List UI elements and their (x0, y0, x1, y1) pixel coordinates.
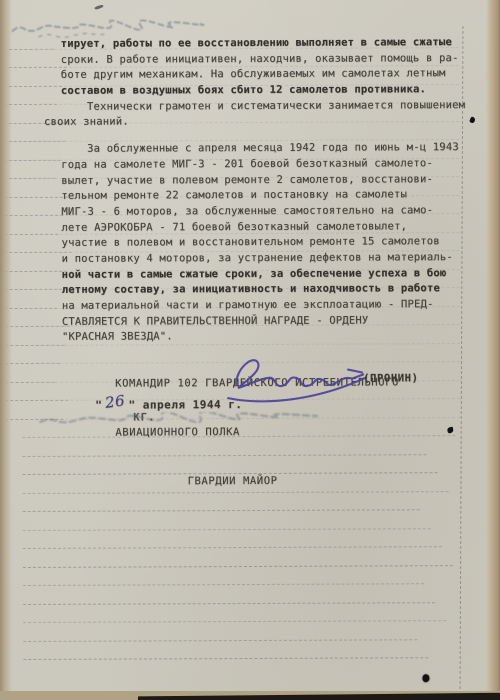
ink-bleed-through-line (38, 412, 338, 429)
typed-line: летному составу, за инициативность и нах… (62, 281, 454, 298)
surname-typed: (ПРОНИН) (363, 372, 418, 384)
page-edge-left (0, 0, 12, 700)
ruled-line (23, 583, 424, 586)
typed-text-block: тирует, работы по ее восстановлению выпо… (61, 35, 454, 346)
typed-line: боте другим механикам. На обслуживаемых … (61, 66, 453, 83)
underlying-page-edge-right (486, 0, 500, 700)
handwritten-day: 26 (101, 391, 129, 412)
punch-hole (422, 674, 429, 682)
typed-line: года на самолете МИГ-3 - 201 боевой безо… (61, 156, 453, 173)
typed-line: вылет, участие в полевом ремонте 2 самол… (61, 172, 453, 189)
commander-rank-line: ГВАРДИИ МАЙОР (116, 472, 456, 490)
typed-line: ной части в самые сжатые сроки, за обесп… (62, 266, 454, 283)
ruled-line (23, 546, 442, 549)
document-scan-page: тирует, работы по ее восстановлению выпо… (0, 0, 500, 700)
typed-line: За обслуженные с апреля месяца 1942 года… (61, 140, 453, 157)
ruled-line (23, 639, 417, 642)
date-line: "26" апреля 1944 г. (95, 394, 242, 413)
typed-line: участие в полевом и восстановительном ре… (62, 234, 454, 251)
ruled-line (23, 620, 446, 623)
pencil-mark (94, 4, 103, 10)
typed-line: составом в воздушных боях сбито 12 самол… (61, 82, 453, 99)
typed-line: сроки. В работе инициативен, находчив, о… (61, 51, 453, 68)
ink-speck (469, 116, 476, 124)
typed-line: и постановку 4 моторов, за устранение де… (62, 250, 454, 267)
typed-line: на материальной части и грамотную ее экс… (62, 297, 454, 314)
ruled-line (23, 565, 453, 568)
ruled-line (23, 657, 428, 660)
typed-line: тельном ремонте 22 самолетов и постановк… (61, 187, 453, 204)
typed-line: лете АЭРОКОБРА - 71 боевой безотказный с… (61, 219, 453, 236)
typed-line: Технически грамотен и систематически зан… (61, 98, 453, 115)
ruled-line (23, 602, 435, 605)
typed-line: СТАВЛЯЕТСЯ К ПРАВИТЕЛЬСТВЕННОЙ НАГРАДЕ -… (62, 313, 454, 330)
ruled-lines-layer (0, 0, 498, 1)
date-rest: " апреля 1944 г. (128, 398, 242, 411)
typed-line: тирует, работы по ее восстановлению выпо… (61, 35, 453, 52)
page-content: тирует, работы по ее восстановлению выпо… (0, 0, 500, 700)
signature-autograph (222, 347, 372, 406)
typed-line: своих знаний. (44, 114, 453, 131)
ruled-line (23, 528, 431, 531)
typed-line: МИГ-3 - 6 моторов, за обслуженные самост… (61, 203, 453, 220)
